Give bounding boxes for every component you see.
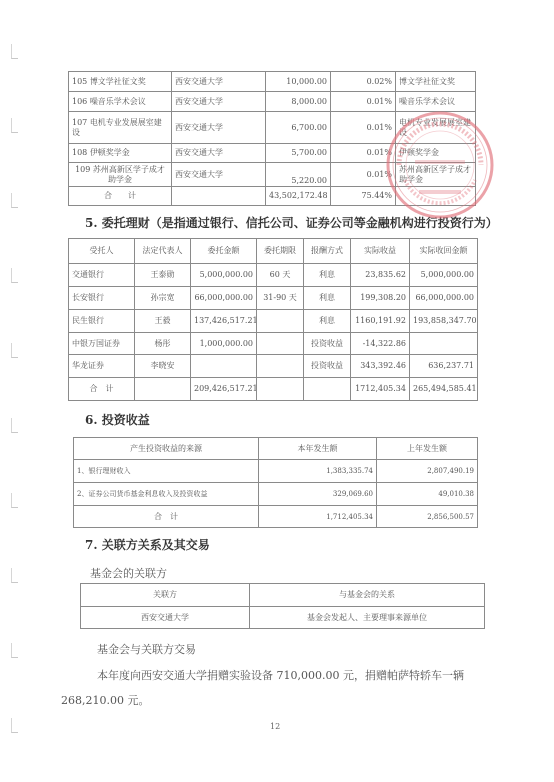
term-cell: 31-90 天 [257,287,304,310]
total-income: 1712,405.34 [351,378,410,401]
col-header: 上年发生额 [377,438,478,460]
section-number: 5. [85,216,98,230]
empty-cell [257,378,304,401]
ratio-cell: 0.01% [331,92,396,112]
page-number: 12 [270,722,280,731]
term-cell [257,355,304,378]
trustee-cell: 中银万国证券 [69,333,135,355]
term-cell: 60 天 [257,264,304,287]
recipient-cell: 西安交通大学 [172,92,266,112]
purpose-cell: 博文学社征文奖 [396,72,476,92]
total-amount: 43,502,172.48 [266,187,331,206]
rep-cell: 李晓安 [135,355,191,378]
recipient-cell: 西安交通大学 [172,163,266,187]
col-header: 与基金会的关系 [250,584,485,607]
rep-cell: 孙宗宽 [135,287,191,310]
col-header: 产生投资收益的来源 [74,438,259,460]
ratio-cell: 0.01% [331,144,396,163]
amount-cell: 5,220.00 [266,163,331,187]
col-header: 受托人 [69,239,135,264]
binding-mark [11,118,18,133]
empty-cell [304,378,351,401]
source-cell: 2、证券公司货币基金利息收入及投资收益 [74,483,259,506]
section-number: 7. [85,538,98,552]
total-label: 合 计 [74,506,259,528]
col-header: 法定代表人 [135,239,191,264]
amount-cell: 1,000,000.00 [191,333,257,355]
col-header: 关联方 [81,584,250,607]
method-cell: 利息 [304,310,351,333]
section-7-heading: 7. 关联方关系及其交易 [85,536,210,553]
table-row: 2、证券公司货币基金利息收入及投资收益 329,069.60 49,010.38 [74,483,478,506]
col-header: 报酬方式 [304,239,351,264]
current-cell: 1,383,335.74 [259,460,377,483]
trustee-cell: 长安银行 [69,287,135,310]
entrusted-investment-table: 受托人 法定代表人 委托金额 委托期限 报酬方式 实际收益 实际收回金额 交通银… [68,238,478,401]
recovered-cell [410,333,478,355]
header-row: 关联方 与基金会的关系 [81,584,485,607]
binding-mark [11,718,18,733]
recipient-cell: 西安交通大学 [172,72,266,92]
purpose-cell: 噪音乐学术会议 [396,92,476,112]
amount-cell: 5,000,000.00 [191,264,257,287]
table-row: 西安交通大学 基金会发起人、主要理事来源单位 [81,607,485,629]
binding-mark [11,568,18,583]
total-current: 1,712,405.34 [259,506,377,528]
purpose-cell: 苏州高新区学子成才助学金 [396,163,476,187]
transaction-text-line1: 本年度向西安交通大学捐赠实验设备 710,000.00 元，捐赠帕萨特轿车一辆 [97,667,464,683]
party-cell: 西安交通大学 [81,607,250,629]
transaction-text-line2: 268,210.00 元。 [61,692,149,708]
section-6-heading: 6. 投资收益 [85,411,150,428]
amount-cell: 5,700.00 [266,144,331,163]
investment-income-table: 产生投资收益的来源 本年发生额 上年发生额 1、银行理财收入 1,383,335… [73,437,478,528]
ratio-cell: 0.01% [331,163,396,187]
table-row: 106 噪音乐学术会议 西安交通大学 8,000.00 0.01% 噪音乐学术会… [69,92,476,112]
item-cell: 109 苏州高新区学子成才助学金 [69,163,172,187]
total-ratio: 75.44% [331,187,396,206]
table-row: 107 电机专业发展展室建设 西安交通大学 6,700.00 0.01% 电机专… [69,112,476,144]
binding-mark [11,493,18,508]
income-cell: -14,322.86 [351,333,410,355]
col-header: 委托期限 [257,239,304,264]
section-title: 委托理财（是指通过银行、信托公司、证券公司等金融机构进行投资行为） [102,216,498,230]
binding-mark [11,643,18,658]
recovered-cell: 636,237.71 [410,355,478,378]
col-header: 实际收益 [351,239,410,264]
previous-cell: 2,807,490.19 [377,460,478,483]
purpose-cell: 电机专业发展展室建设 [396,112,476,144]
empty-cell [172,187,266,206]
total-recovered: 265,494,585.41 [410,378,478,401]
col-header: 委托金额 [191,239,257,264]
source-cell: 1、银行理财收入 [74,460,259,483]
table-row: 1、银行理财收入 1,383,335.74 2,807,490.19 [74,460,478,483]
binding-mark [11,268,18,283]
rep-cell: 王毅 [135,310,191,333]
section-5-heading: 5. 委托理财（是指通过银行、信托公司、证券公司等金融机构进行投资行为） [85,214,498,231]
col-header: 本年发生额 [259,438,377,460]
binding-mark [11,343,18,358]
ratio-cell: 0.02% [331,72,396,92]
amount-cell [191,355,257,378]
relation-cell: 基金会发起人、主要理事来源单位 [250,607,485,629]
method-cell: 投资收益 [304,355,351,378]
method-cell: 利息 [304,287,351,310]
table-row: 交通银行 王泰勋 5,000,000.00 60 天 利息 23,835.62 … [69,264,478,287]
item-cell: 108 伊顿奖学金 [69,144,172,163]
table-row: 109 苏州高新区学子成才助学金 西安交通大学 5,220.00 0.01% 苏… [69,163,476,187]
ratio-cell: 0.01% [331,112,396,144]
amount-cell: 66,000,000.00 [191,287,257,310]
income-cell: 1160,191.92 [351,310,410,333]
binding-mark [11,44,18,59]
recipient-cell: 西安交通大学 [172,144,266,163]
recovered-cell: 193,858,347.70 [410,310,478,333]
section-title: 投资收益 [102,413,150,427]
previous-cell: 49,010.38 [377,483,478,506]
term-cell [257,333,304,355]
total-row: 合 计 209,426,517.21 1712,405.34 265,494,5… [69,378,478,401]
item-cell: 105 博文学社征文奖 [69,72,172,92]
current-cell: 329,069.60 [259,483,377,506]
total-amount: 209,426,517.21 [191,378,257,401]
amount-cell: 137,426,517.21 [191,310,257,333]
table-row: 长安银行 孙宗宽 66,000,000.00 31-90 天 利息 199,30… [69,287,478,310]
amount-cell: 6,700.00 [266,112,331,144]
rep-cell: 杨彤 [135,333,191,355]
col-header: 实际收回金额 [410,239,478,264]
recipient-cell: 西安交通大学 [172,112,266,144]
trustee-cell: 民生银行 [69,310,135,333]
empty-cell [396,187,476,206]
total-label: 合 计 [69,187,172,206]
item-cell: 106 噪音乐学术会议 [69,92,172,112]
income-cell: 199,308.20 [351,287,410,310]
rep-cell: 王泰勋 [135,264,191,287]
method-cell: 投资收益 [304,333,351,355]
table-row: 108 伊顿奖学金 西安交通大学 5,700.00 0.01% 伊顿奖学金 [69,144,476,163]
transactions-subtitle: 基金会与关联方交易 [97,641,196,657]
section-number: 6. [85,413,98,427]
total-row: 合 计 43,502,172.48 75.44% [69,187,476,206]
trustee-cell: 华龙证券 [69,355,135,378]
purpose-cell: 伊顿奖学金 [396,144,476,163]
table-row: 105 博文学社征文奖 西安交通大学 10,000.00 0.02% 博文学社征… [69,72,476,92]
binding-mark [11,418,18,433]
related-parties-subtitle: 基金会的关联方 [90,565,167,581]
term-cell [257,310,304,333]
empty-cell [135,378,191,401]
income-cell: 23,835.62 [351,264,410,287]
header-row: 受托人 法定代表人 委托金额 委托期限 报酬方式 实际收益 实际收回金额 [69,239,478,264]
table-row: 民生银行 王毅 137,426,517.21 利息 1160,191.92 19… [69,310,478,333]
trustee-cell: 交通银行 [69,264,135,287]
table-row: 华龙证券 李晓安 投资收益 343,392.46 636,237.71 [69,355,478,378]
total-previous: 2,856,500.57 [377,506,478,528]
income-cell: 343,392.46 [351,355,410,378]
total-row: 合 计 1,712,405.34 2,856,500.57 [74,506,478,528]
recovered-cell: 5,000,000.00 [410,264,478,287]
total-label: 合 计 [69,378,135,401]
amount-cell: 10,000.00 [266,72,331,92]
table-row: 中银万国证券 杨彤 1,000,000.00 投资收益 -14,322.86 [69,333,478,355]
section-title: 关联方关系及其交易 [102,538,210,552]
method-cell: 利息 [304,264,351,287]
related-party-table: 关联方 与基金会的关系 西安交通大学 基金会发起人、主要理事来源单位 [80,583,485,629]
binding-mark [11,193,18,208]
amount-cell: 8,000.00 [266,92,331,112]
recovered-cell: 66,000,000.00 [410,287,478,310]
header-row: 产生投资收益的来源 本年发生额 上年发生额 [74,438,478,460]
item-cell: 107 电机专业发展展室建设 [69,112,172,144]
donation-table: 105 博文学社征文奖 西安交通大学 10,000.00 0.02% 博文学社征… [68,71,476,206]
